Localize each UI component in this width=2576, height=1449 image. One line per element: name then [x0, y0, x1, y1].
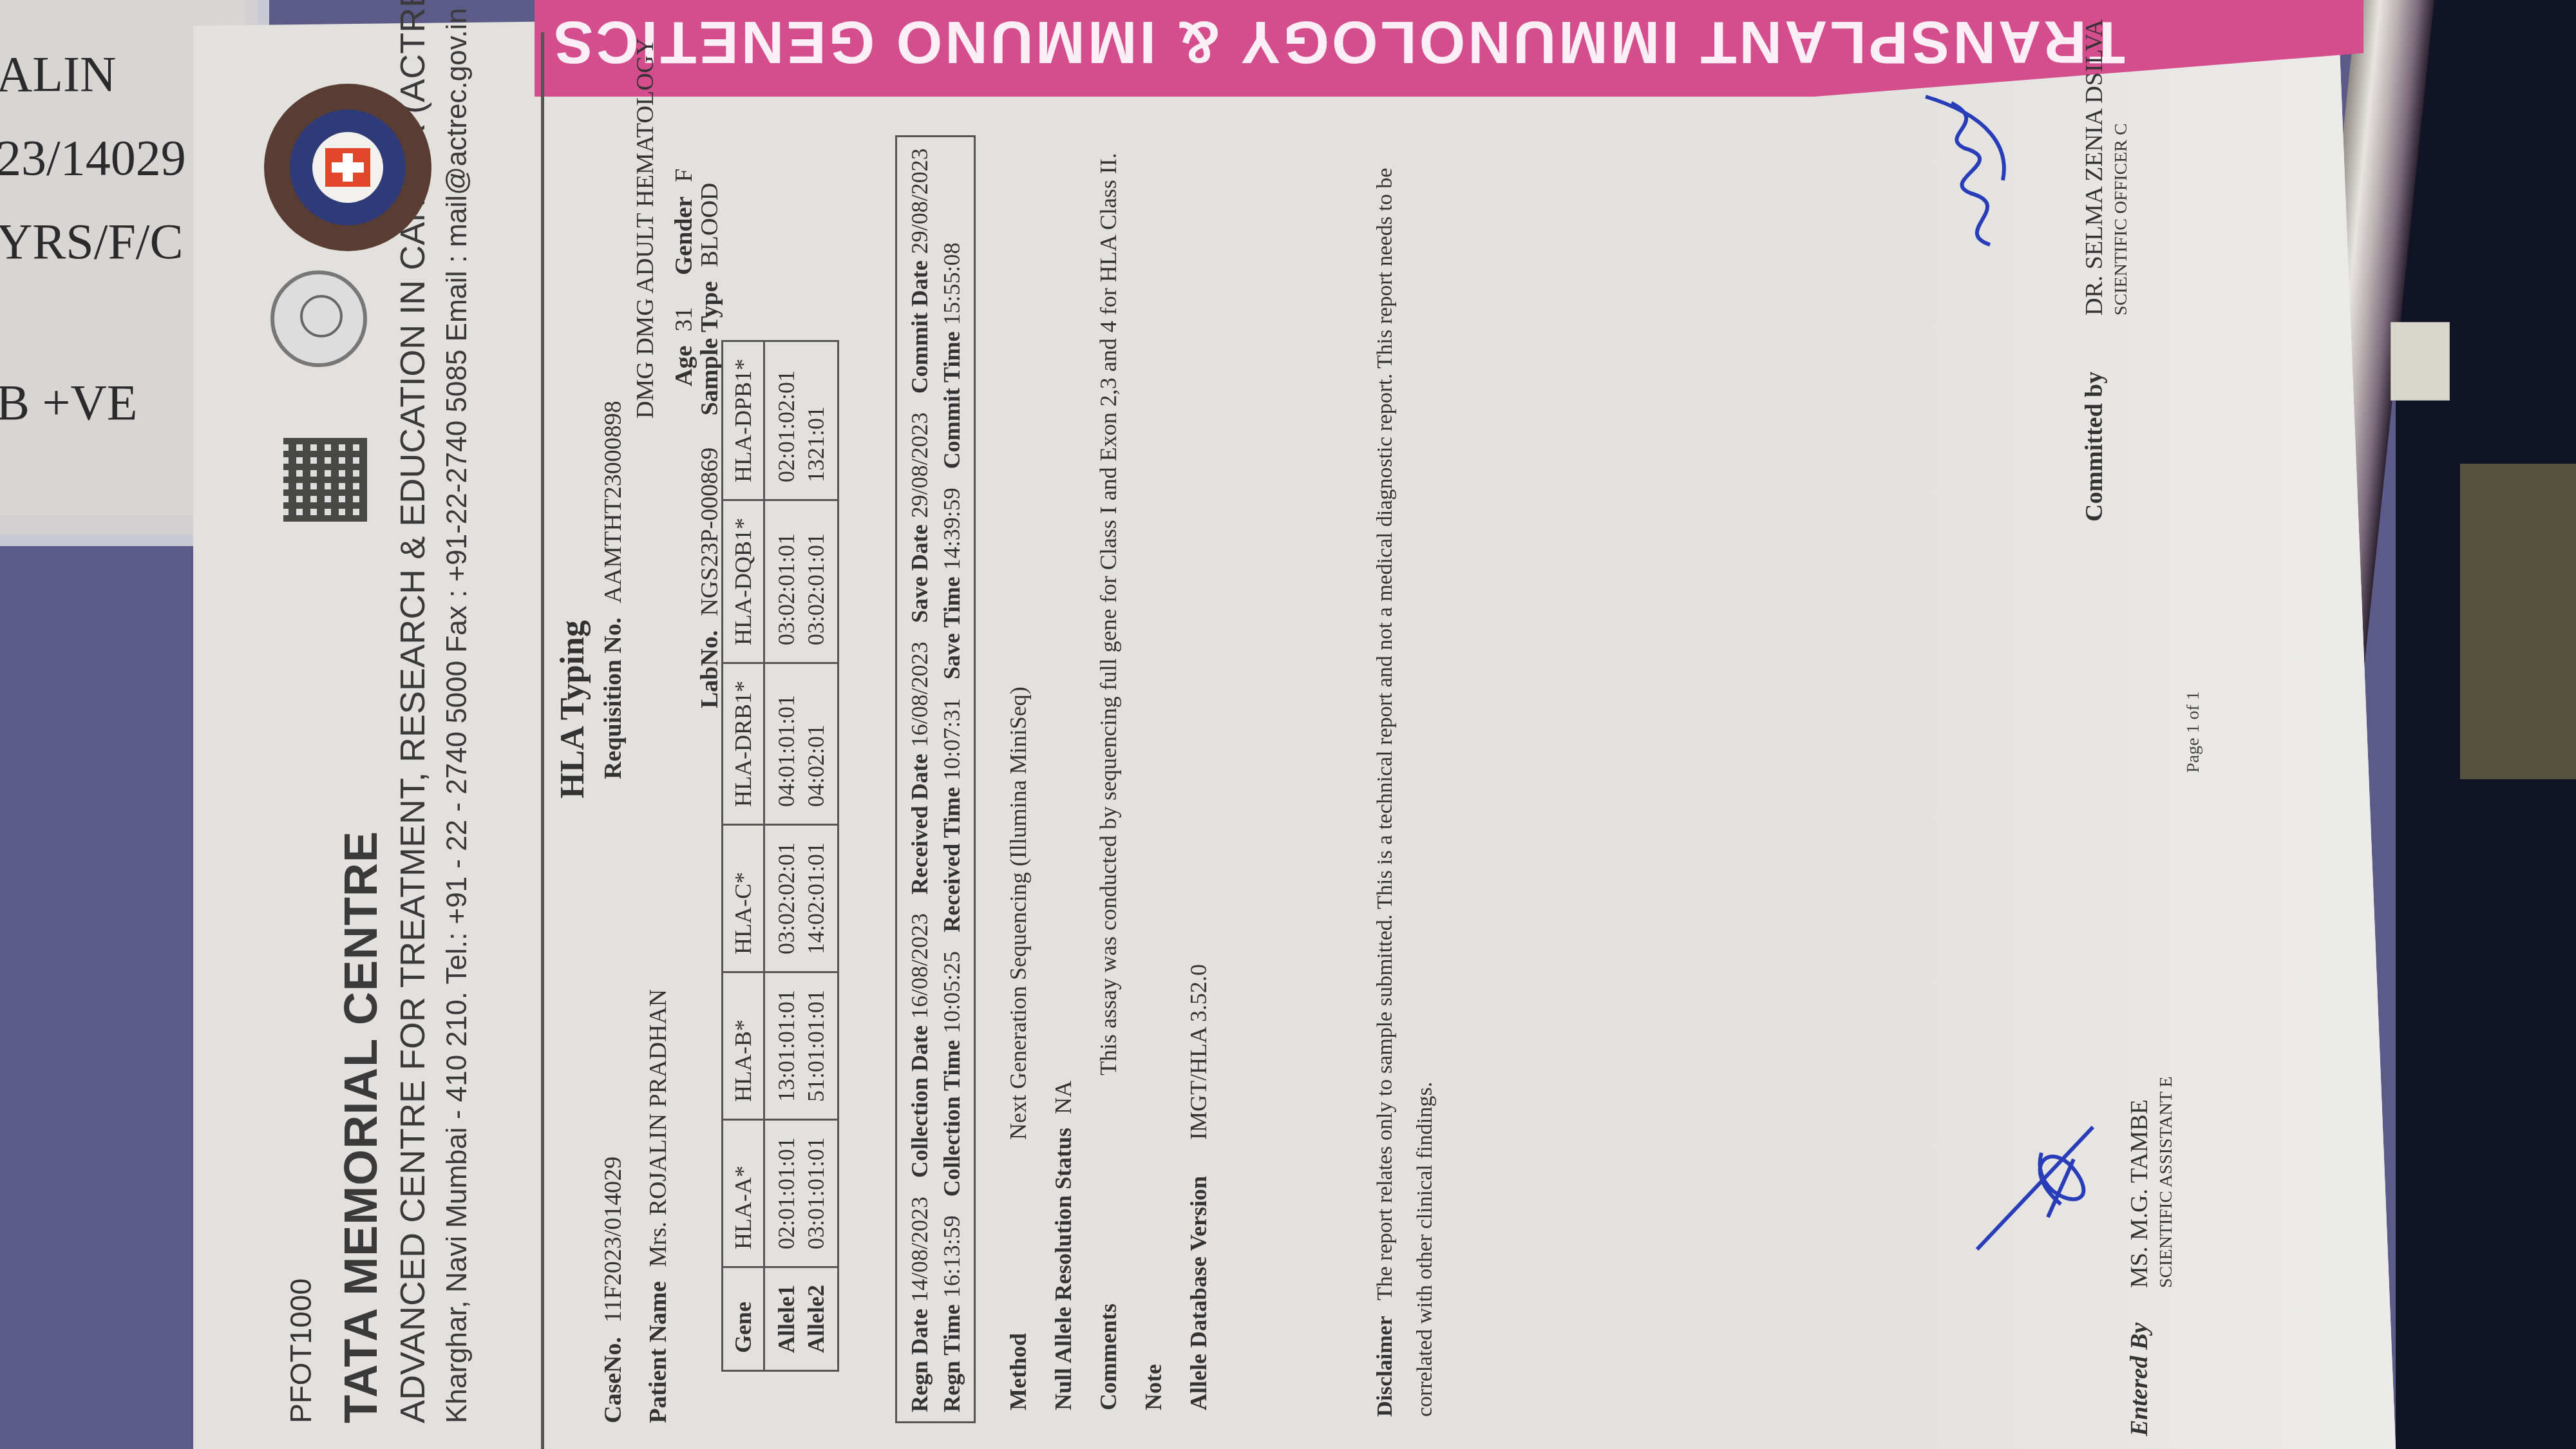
- dates-row: Regn Date14/08/2023 Collection Date16/08…: [904, 146, 936, 1412]
- hla-report-document: PFOT1000 TATA MEMORIAL CENTRE ADVANCED C…: [258, 32, 2286, 1449]
- commit-time-value: 15:55:08: [939, 243, 965, 325]
- sticker-line-name: ALIN: [0, 45, 116, 103]
- commit-time-label: Commit Time: [939, 332, 965, 469]
- table-cell: 03:02:01:0103:02:01:01: [764, 500, 838, 663]
- committed-by-role: SCIENTIFIC OFFICER C: [2111, 123, 2132, 316]
- allele-value: 04:02:01: [801, 681, 831, 807]
- entered-by-block: Entered By MS. M.G. TAMBE SCIENTIFIC ASS…: [2125, 1323, 2154, 1436]
- comments-label: Comments: [1095, 1075, 1122, 1410]
- allele-value: 03:02:02:01: [772, 842, 801, 954]
- dates-box: Regn Date14/08/2023 Collection Date16/08…: [895, 135, 976, 1423]
- age-label: Age: [670, 346, 697, 386]
- allele-value: 04:01:01:01: [772, 681, 801, 807]
- requisition-value: AAMTHT23000898: [600, 401, 627, 603]
- age-gender-field: Age31 GenderF: [670, 169, 698, 386]
- requisition-field: Requisition No.AAMTHT23000898: [599, 401, 627, 779]
- entered-by-role: SCIENTIFIC ASSISTANT E: [2156, 1076, 2177, 1288]
- received-date-value: 16/08/2023: [907, 641, 933, 747]
- collection-date-value: 16/08/2023: [907, 913, 933, 1019]
- db-version-field: Allele Database VersionIMGT/HLA 3.52.0: [1185, 964, 1212, 1410]
- lab-no-label: LabNo.: [696, 630, 723, 708]
- allele-value: 02:01:02:01: [772, 359, 801, 482]
- entered-by-label: Entered By: [2126, 1323, 2153, 1436]
- sample-type-label: Sample Type: [696, 281, 723, 416]
- lab-no-field: LabNo.NGS23P-000869 Sample TypeBLOOD: [696, 183, 724, 708]
- table-header-row: Gene HLA-A* HLA-B* HLA-C* HLA-DRB1* HLA-…: [723, 341, 764, 1370]
- received-date-label: Received Date: [907, 753, 933, 895]
- column-header: HLA-C*: [723, 824, 764, 972]
- committed-by-label: Committed by: [2081, 372, 2108, 522]
- organization-title: TATA MEMORIAL CENTRE: [335, 831, 388, 1423]
- column-header: HLA-B*: [723, 972, 764, 1120]
- committed-by-block: Committed by DR. SELMA ZENIA DSILVA SCIE…: [2080, 372, 2108, 522]
- regn-time-label: Regn Time: [939, 1304, 965, 1412]
- collection-date-label: Collection Date: [907, 1025, 933, 1178]
- entered-by-signature-icon: [1964, 1088, 2119, 1256]
- medical-cross-icon: [325, 148, 370, 187]
- note-label: Note: [1140, 1140, 1167, 1410]
- case-no-field: CaseNo.11F2023/014029: [599, 1157, 627, 1423]
- column-header: HLA-A*: [723, 1120, 764, 1267]
- hla-typing-table: Gene HLA-A* HLA-B* HLA-C* HLA-DRB1* HLA-…: [721, 340, 839, 1372]
- case-no-label: CaseNo.: [600, 1337, 627, 1423]
- patient-name-field: Patient NameMrs. ROJALIN PRADHAN: [644, 989, 672, 1423]
- table-cell: 04:01:01:0104:02:01: [764, 663, 838, 824]
- qr-code-icon: [283, 438, 367, 522]
- sticker-line-blood-group: B +VE: [0, 374, 138, 431]
- gender-label: Gender: [670, 196, 697, 275]
- sticker-line-age-sex: YRS/F/C: [0, 213, 183, 270]
- row-labels: Allele1 Allele2: [764, 1267, 838, 1371]
- case-no-value: 11F2023/014029: [600, 1157, 627, 1323]
- allele-value: 02:01:01:01: [772, 1137, 801, 1249]
- save-date-value: 29/08/2023: [907, 412, 933, 518]
- null-allele-value: NA: [1050, 1081, 1076, 1114]
- allele-value: 03:02:01:01: [772, 518, 801, 645]
- null-allele-field: Null Allele Resolution StatusNA: [1050, 1081, 1077, 1410]
- allele-value: 13:01:01:01: [772, 990, 801, 1102]
- table-cell: 13:01:01:0151:01:01:01: [764, 972, 838, 1120]
- commit-date-value: 29/08/2023: [907, 148, 933, 254]
- actrec-logo-icon: [264, 84, 431, 251]
- collection-time-value: 10:05:25: [939, 951, 965, 1034]
- header-divider: [541, 32, 544, 1449]
- government-emblem-icon: [270, 270, 367, 367]
- entered-by-name: MS. M.G. TAMBE: [2125, 1099, 2154, 1288]
- save-time-label: Save Time: [939, 576, 965, 679]
- gender-value: F: [670, 169, 697, 182]
- db-version-value: IMGT/HLA 3.52.0: [1186, 964, 1211, 1140]
- allele1-label: Allele1: [772, 1285, 801, 1353]
- department-field: DMG DMG ADULT HEMATOLOGY: [631, 37, 659, 419]
- comments-value: This assay was conducted by sequencing f…: [1095, 153, 1121, 1075]
- patient-name-label: Patient Name: [645, 1281, 672, 1423]
- sample-type-value: BLOOD: [696, 183, 723, 267]
- page-number: Page 1 of 1: [2183, 691, 2204, 773]
- regn-time-value: 16:13:59: [939, 1215, 965, 1298]
- collection-time-label: Collection Time: [939, 1040, 965, 1197]
- lab-no-value: NGS23P-000869: [696, 448, 723, 616]
- method-field: MethodNext Generation Sequencing (Illumi…: [1005, 687, 1032, 1410]
- adhesive-tape: [2391, 322, 2450, 401]
- background-olive-surface: [2460, 464, 2576, 779]
- regn-date-value: 14/08/2023: [907, 1197, 933, 1302]
- gene-header: Gene: [723, 1267, 764, 1371]
- method-label: Method: [1005, 1140, 1032, 1410]
- table-cell: 02:01:01:0103:01:01:01: [764, 1120, 838, 1267]
- regn-date-label: Regn Date: [907, 1309, 933, 1412]
- requisition-label: Requisition No.: [600, 618, 627, 779]
- received-time-value: 10:07:31: [939, 698, 965, 781]
- committed-by-signature-icon: [1913, 90, 2054, 258]
- db-version-label: Allele Database Version: [1185, 1140, 1212, 1410]
- allele2-label: Allele2: [801, 1285, 831, 1353]
- patient-name-value: Mrs. ROJALIN PRADHAN: [645, 989, 672, 1267]
- report-header: PFOT1000 TATA MEMORIAL CENTRE ADVANCED C…: [258, 32, 541, 1449]
- report-title: HLA Typing: [554, 620, 592, 799]
- disclaimer-text: The report relates only to sample submit…: [1373, 168, 1437, 1417]
- disclaimer: DisclaimerThe report relates only to sam…: [1365, 97, 1445, 1417]
- table-cell: 02:01:02:011321:01: [764, 341, 838, 500]
- department-value: DMG DMG ADULT HEMATOLOGY: [632, 37, 659, 419]
- received-time-label: Received Time: [939, 787, 965, 933]
- times-row: Regn Time16:13:59 Collection Time10:05:2…: [936, 146, 968, 1412]
- allele-value: 03:01:01:01: [801, 1137, 831, 1249]
- allele-value: 14:02:01:01: [801, 842, 831, 954]
- committed-by-name: DR. SELMA ZENIA DSILVA: [2080, 19, 2108, 316]
- sticker-line-case: 23/14029: [0, 129, 186, 187]
- note-field: Note: [1140, 1140, 1167, 1410]
- table-cell: 03:02:02:0114:02:01:01: [764, 824, 838, 972]
- column-header: HLA-DPB1*: [723, 341, 764, 500]
- allele-value: 51:01:01:01: [801, 990, 831, 1102]
- commit-date-label: Commit Date: [907, 260, 933, 393]
- document-code: PFOT1000: [283, 1278, 318, 1423]
- save-date-label: Save Date: [907, 524, 933, 623]
- organization-address: Kharghar, Navi Mumbai - 410 210. Tel.: +…: [441, 8, 473, 1423]
- column-header: HLA-DQB1*: [723, 500, 764, 663]
- allele-value: 03:02:01:01: [801, 518, 831, 645]
- disclaimer-label: Disclaimer: [1373, 1316, 1397, 1417]
- allele-value: 1321:01: [801, 359, 831, 482]
- null-allele-label: Null Allele Resolution Status: [1050, 1114, 1077, 1410]
- method-value: Next Generation Sequencing (Illumina Min…: [1005, 687, 1031, 1140]
- comments-field: CommentsThis assay was conducted by sequ…: [1095, 153, 1122, 1410]
- age-value: 31: [670, 307, 697, 332]
- save-time-value: 14:39:59: [939, 488, 965, 570]
- column-header: HLA-DRB1*: [723, 663, 764, 824]
- table-row: Allele1 Allele2 02:01:01:0103:01:01:01 1…: [764, 341, 838, 1370]
